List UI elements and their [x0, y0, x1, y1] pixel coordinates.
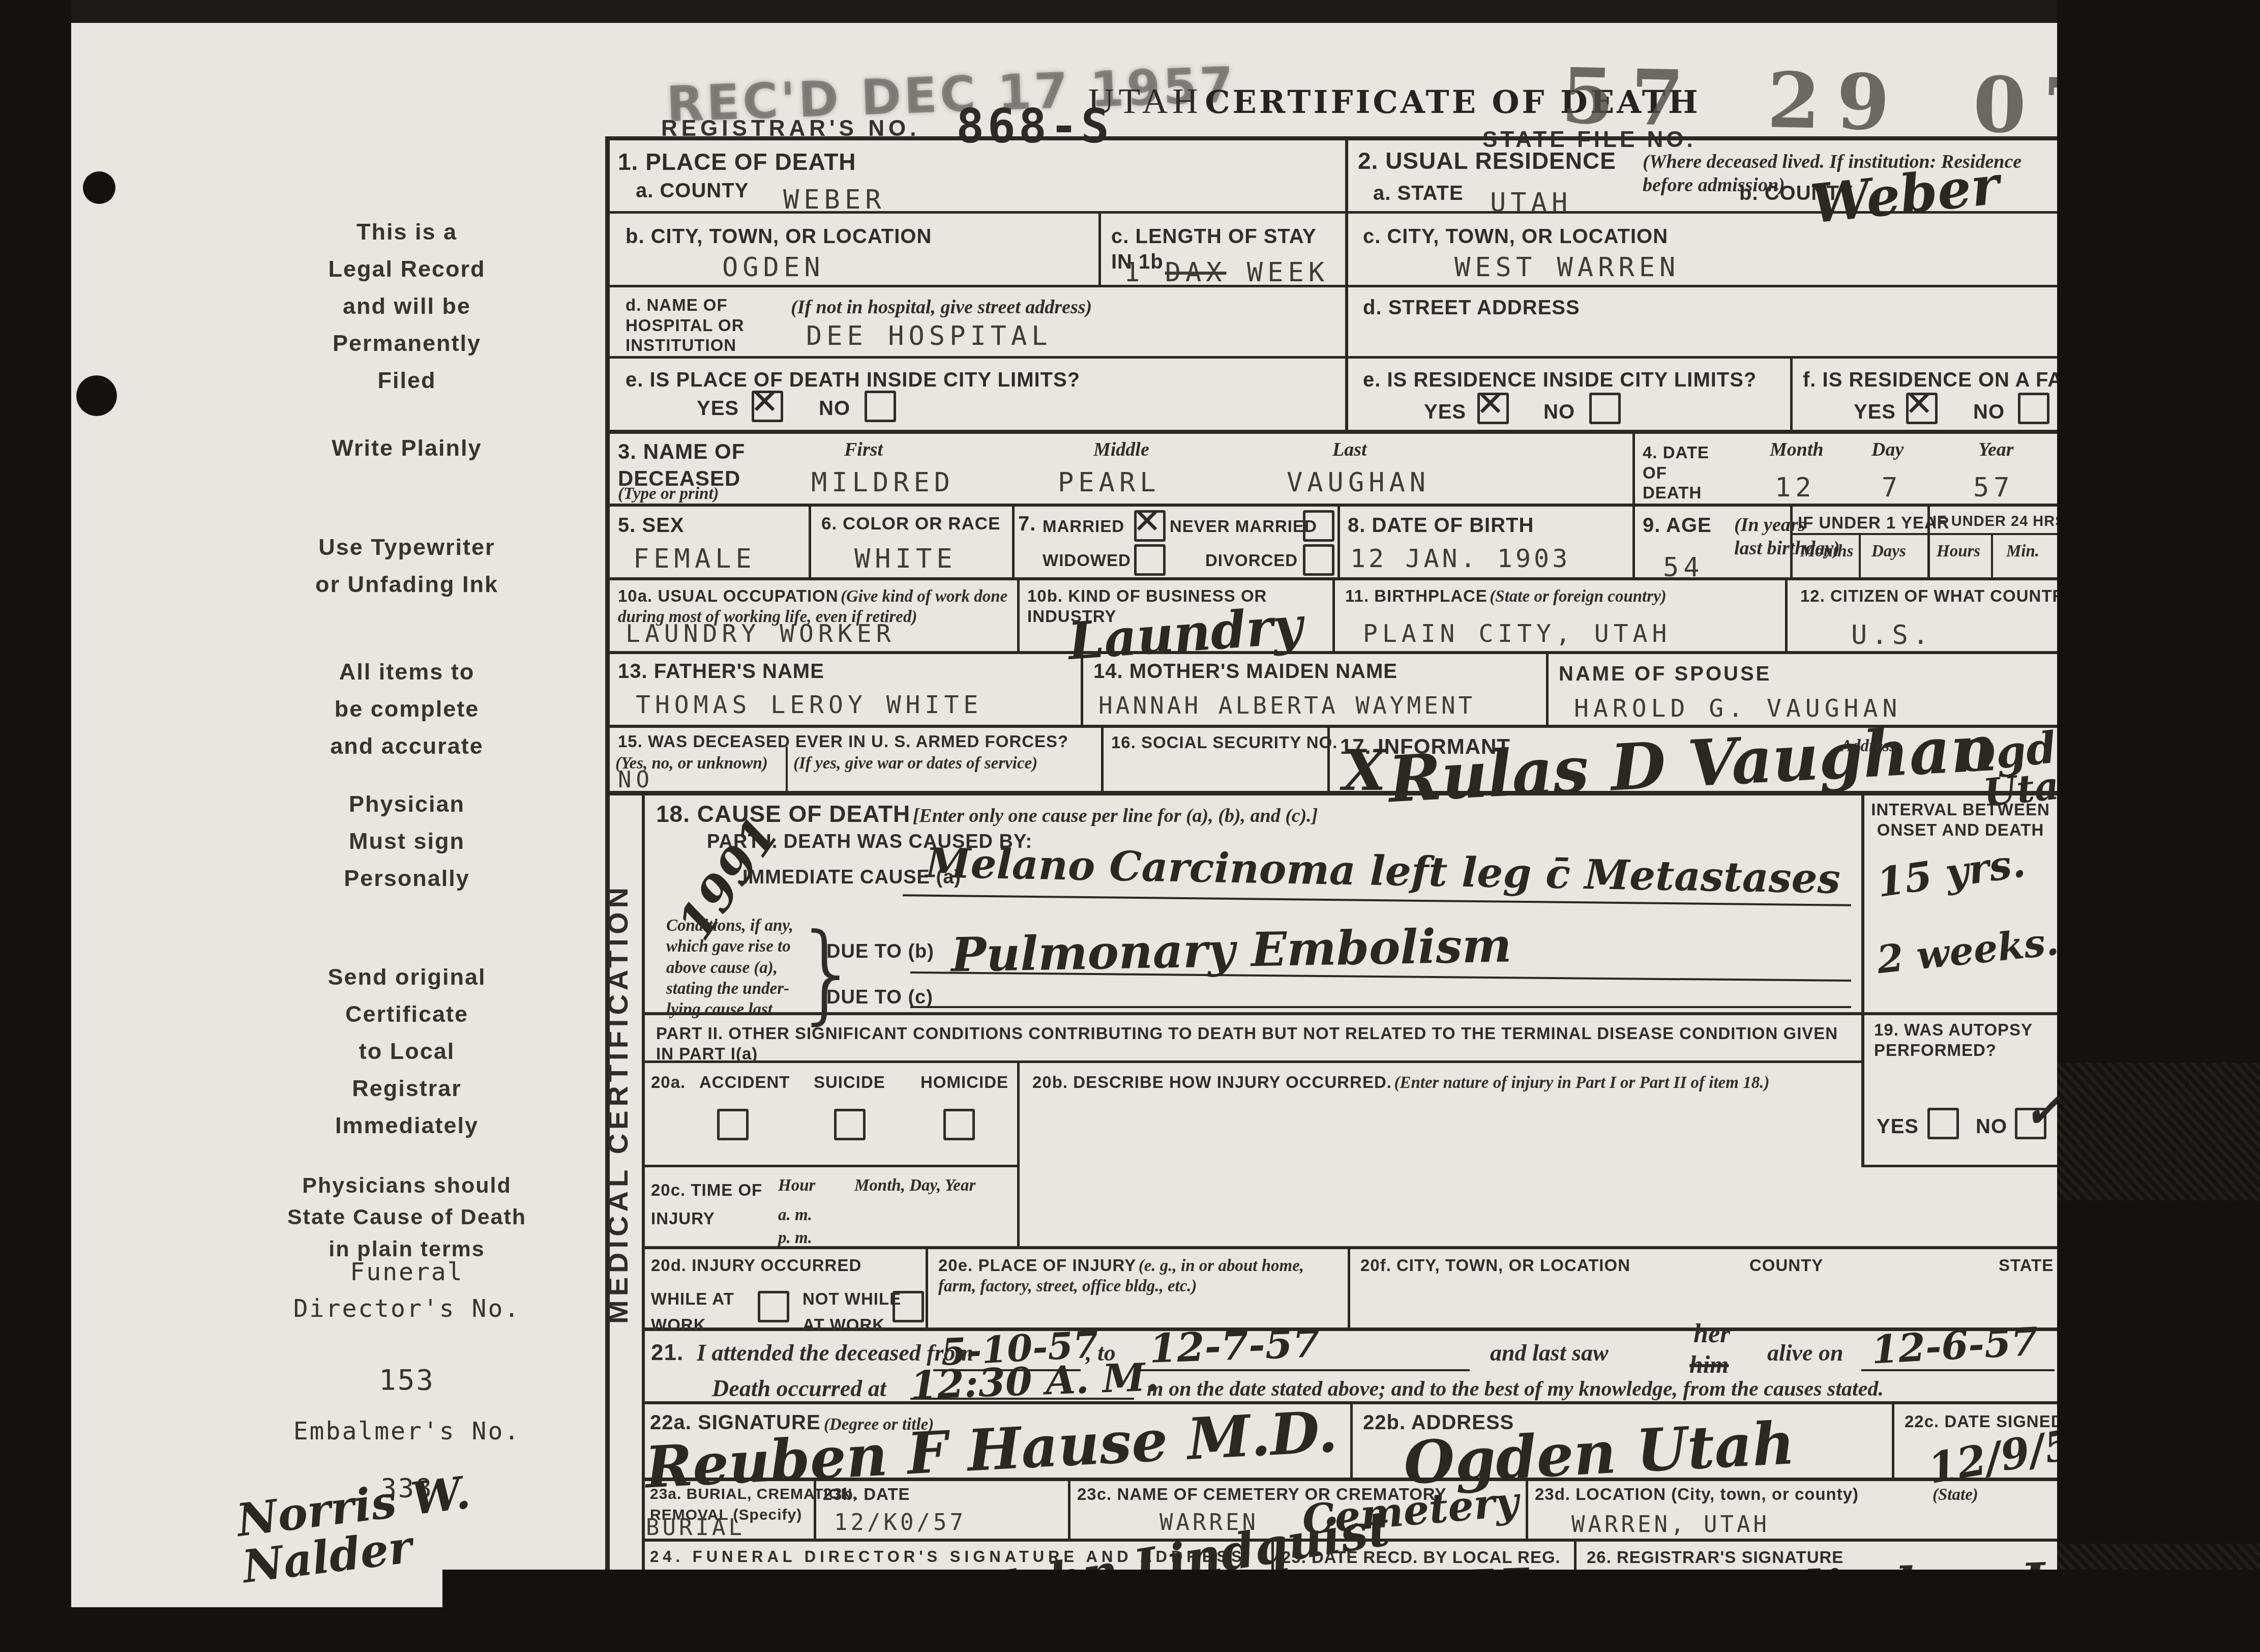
middle-name-header: Middle — [1093, 438, 1149, 462]
industry-value: Laundry — [1066, 600, 1304, 667]
farm-no-label: NO — [1973, 399, 2005, 425]
scan-border-bottom-right — [442, 1570, 2260, 1652]
death-occurred-text-2: m on the date stated above; and to the b… — [1147, 1376, 1884, 1402]
rule — [1861, 1165, 2057, 1167]
burial-date-value: 12/K0/57 — [834, 1510, 966, 1537]
rule — [1632, 430, 1635, 504]
attended-number: 21. — [651, 1339, 683, 1367]
scan-border-left — [0, 0, 71, 1652]
while-at-work-checkbox — [758, 1291, 789, 1322]
death-limits-no-checkbox — [865, 391, 896, 422]
rule — [1350, 1401, 1353, 1478]
not-while-at-work-label: NOT WHILE AT WORK — [802, 1286, 901, 1338]
marital-number: 7. — [1018, 511, 1036, 537]
medical-certification-label: MEDICAL CERTIFICATION — [601, 834, 641, 1373]
x-mark-icon: ✕ — [1133, 505, 1162, 539]
rule — [1101, 725, 1104, 791]
injury-occurred-label: 20d. INJURY OCCURRED — [651, 1255, 861, 1276]
farm-yes-checkbox: ✕ — [1906, 393, 1938, 424]
sex-value: FEMALE — [633, 543, 756, 575]
under-24-hrs-header: IF UNDER 24 HRS. — [1932, 513, 2070, 530]
homicide-label: HOMICIDE — [920, 1072, 1008, 1093]
scan-border-bottom-left — [0, 1607, 442, 1652]
conditions-note: Conditions, if any, which gave rise to a… — [666, 916, 793, 1020]
age-label: 9. AGE — [1643, 513, 1712, 538]
residence-state-label: a. STATE — [1373, 181, 1464, 206]
informant-address-label: Address — [1841, 736, 1896, 757]
punch-hole-top — [83, 171, 115, 204]
widowed-label: WIDOWED — [1043, 550, 1131, 571]
injury-state-label: STATE — [1999, 1255, 2054, 1276]
hours-header: Hours — [1937, 542, 1980, 562]
death-day-value: 7 — [1882, 472, 1902, 504]
scanned-death-certificate: This is a Legal Record and will be Perma… — [0, 0, 2260, 1652]
month-header: Month — [1770, 438, 1824, 462]
death-occurred-text: Death occurred at — [712, 1374, 886, 1402]
note-write-plainly: Write Plainly — [219, 430, 595, 467]
note-legal-record: This is a Legal Record and will be Perma… — [219, 214, 595, 399]
first-name-header: First — [844, 438, 883, 462]
last-name-value: VAUGHAN — [1287, 467, 1430, 498]
rule — [1892, 1401, 1894, 1478]
death-city-limits-label: e. IS PLACE OF DEATH INSIDE CITY LIMITS? — [626, 367, 1080, 393]
cause-of-death-bracket-note: [Enter only one cause per line for (a), … — [913, 805, 1318, 827]
never-married-checkbox — [1303, 510, 1334, 542]
due-to-b-value: Pulmonary Embolism — [950, 922, 1512, 978]
months-header: Months — [1800, 542, 1854, 562]
funeral-director-no-label: Funeral Director's No. — [219, 1254, 595, 1327]
birthplace-value: PLAIN CITY, UTAH — [1363, 619, 1671, 649]
divorced-label: DIVORCED — [1205, 550, 1298, 571]
spouse-name-label: NAME OF SPOUSE — [1559, 661, 1771, 687]
widowed-checkbox — [1134, 544, 1166, 576]
days-header: Days — [1871, 542, 1906, 562]
while-at-work-label: WHILE AT WORK — [651, 1286, 734, 1338]
struck-word: DAX — [1165, 257, 1227, 288]
homicide-checkbox — [943, 1109, 975, 1140]
title-utah: UTAH — [1088, 82, 1203, 121]
note-typewriter: Use Typewriter or Unfading Ink — [219, 529, 595, 603]
accident-section-number: 20a. — [651, 1072, 686, 1093]
burial-date-label: 23b. DATE — [823, 1484, 910, 1504]
married-checkbox: ✕ — [1134, 510, 1166, 542]
autopsy-no-label: NO — [1976, 1114, 2007, 1139]
age-value: 54 — [1663, 552, 1704, 583]
mother-name-value: HANNAH ALBERTA WAYMENT — [1098, 692, 1475, 720]
time-of-injury-label: 20c. TIME OF INJURY — [651, 1176, 762, 1233]
him-struck: him — [1689, 1350, 1729, 1380]
injury-city-label: 20f. CITY, TOWN, OR LOCATION — [1360, 1255, 1630, 1276]
death-year-value: 57 — [1973, 472, 2014, 504]
divorced-checkbox — [1303, 544, 1334, 576]
day-header: Day — [1871, 438, 1904, 462]
embalmer-no-label: Embalmer's No. — [219, 1413, 595, 1450]
scan-texture-strip — [2057, 1063, 2260, 1200]
burial-value: BURIAL — [646, 1515, 745, 1542]
rule — [786, 747, 788, 791]
mother-name-label: 14. MOTHER'S MAIDEN NAME — [1093, 659, 1397, 684]
scan-border-right — [2057, 0, 2260, 1652]
year-header: Year — [1978, 438, 2014, 462]
date-of-birth-value: 12 JAN. 1903 — [1350, 543, 1570, 574]
am-label: a. m. — [778, 1205, 812, 1226]
scan-border-top — [0, 0, 2260, 23]
autopsy-yes-label: YES — [1877, 1114, 1919, 1139]
farm-yes-label: YES — [1854, 399, 1896, 425]
suicide-label: SUICIDE — [814, 1072, 885, 1093]
brace-icon: } — [793, 910, 861, 1035]
type-or-print-note: (Type or print) — [618, 484, 719, 505]
rule — [926, 1246, 928, 1327]
citizen-value: U.S. — [1851, 619, 1933, 651]
rule — [642, 791, 645, 1607]
ssn-label: 16. SOCIAL SECURITY NO. — [1111, 732, 1337, 753]
father-name-value: THOMAS LEROY WHITE — [636, 691, 983, 720]
street-address-label: d. STREET ADDRESS — [1363, 295, 1580, 320]
death-time-value: 12:30 A. M. — [910, 1358, 1159, 1405]
x-mark-icon: ✕ — [750, 385, 779, 420]
married-label: MARRIED — [1043, 516, 1124, 537]
rule — [1785, 577, 1788, 651]
farm-no-checkbox — [2018, 393, 2049, 424]
length-of-stay-value: 1 DAX WEEK — [1124, 257, 1329, 288]
autopsy-no-checkbox: ✓ — [2015, 1108, 2046, 1139]
place-of-death-title: 1. PLACE OF DEATH — [618, 147, 856, 177]
city-of-death-label: b. CITY, TOWN, OR LOCATION — [626, 224, 932, 249]
injury-description-label: 20b. DESCRIBE HOW INJURY OCCURRED. (Ente… — [1032, 1072, 1846, 1094]
attended-to-value: 12-7-57 — [1149, 1323, 1321, 1369]
last-name-header: Last — [1332, 438, 1367, 462]
death-limits-no-label: NO — [819, 396, 850, 421]
birthplace-note: (State or foreign country) — [1490, 587, 1666, 606]
residence-city-label: c. CITY, TOWN, OR LOCATION — [1363, 224, 1668, 249]
informant-x-mark: X — [1343, 743, 1386, 799]
residence-limits-yes-label: YES — [1424, 399, 1466, 425]
x-mark-icon: ✕ — [1476, 387, 1505, 422]
month-day-year-label: Month, Day, Year — [854, 1176, 975, 1196]
under-1-year-header: IF UNDER 1 YEAR — [1798, 513, 1950, 533]
hospital-name-value: DEE HOSPITAL — [806, 320, 1052, 352]
rule — [1790, 356, 1793, 430]
rule — [642, 1165, 1017, 1167]
note-send-original: Send original Certificate to Local Regis… — [219, 959, 595, 1144]
place-of-injury-label: 20e. PLACE OF INJURY (e. g., in or about… — [938, 1255, 1335, 1296]
interval-header: INTERVAL BETWEEN ONSET AND DEATH — [1866, 800, 2055, 840]
rule — [1861, 791, 1864, 1165]
note-complete-accurate: All items to be complete and accurate — [219, 654, 595, 765]
attended-text-3: and last saw — [1490, 1339, 1609, 1367]
rule — [1546, 651, 1549, 725]
rule — [1068, 1478, 1070, 1539]
suicide-checkbox — [834, 1109, 866, 1140]
write-line-c — [910, 1006, 1851, 1008]
last-saw-alive-value: 12-6-57 — [1870, 1322, 2039, 1369]
hour-label: Hour — [778, 1176, 815, 1196]
autopsy-label: 19. WAS AUTOPSY PERFORMED? — [1874, 1020, 2033, 1060]
rule — [605, 504, 2057, 507]
armed-forces-note2: (If yes, give war or dates of service) — [793, 754, 1037, 774]
first-name-value: MILDRED — [811, 467, 955, 498]
death-limits-yes-label: YES — [697, 396, 739, 421]
race-label: 6. COLOR OR RACE — [821, 513, 1000, 535]
pm-label: p. m. — [778, 1228, 812, 1249]
date-of-birth-label: 8. DATE OF BIRTH — [1348, 513, 1534, 538]
accident-label: ACCIDENT — [699, 1072, 790, 1093]
rule — [1337, 504, 1340, 577]
burial-location-label: 23d. LOCATION (City, town, or county) — [1535, 1484, 1859, 1504]
injury-county-label: COUNTY — [1749, 1255, 1823, 1276]
residence-state-value: UTAH — [1490, 187, 1572, 219]
death-limits-yes-checkbox: ✕ — [752, 391, 783, 422]
note-physician-sign: Physician Must sign Personally — [219, 786, 595, 897]
residence-city-value: WEST WARREN — [1454, 252, 1680, 283]
part2-label: PART II. OTHER SIGNIFICANT CONDITIONS CO… — [656, 1023, 1851, 1064]
rule — [605, 356, 2057, 359]
hospital-name-label: d. NAME OF HOSPITAL OR INSTITUTION — [626, 295, 744, 356]
rule — [605, 285, 2057, 287]
rule — [605, 430, 2057, 434]
usual-residence-title: 2. USUAL RESIDENCE — [1358, 146, 1616, 176]
sex-label: 5. SEX — [618, 513, 685, 538]
rule — [809, 504, 811, 577]
accident-checkbox — [717, 1109, 749, 1140]
date-of-death-label: 4. DATE OF DEATH — [1643, 442, 1709, 503]
occupation-value: LAUNDRY WORKER — [626, 619, 896, 649]
residence-limits-no-label: NO — [1543, 399, 1575, 425]
death-month-value: 12 — [1775, 472, 1816, 504]
citizen-label: 12. CITIZEN OF WHAT COUNTRY? — [1800, 586, 2087, 606]
burial-location-state-note: (State) — [1932, 1485, 1978, 1506]
city-of-death-value: OGDEN — [722, 252, 825, 283]
rule — [605, 577, 2057, 580]
due-to-b-label: DUE TO (b) — [826, 940, 934, 964]
residence-limits-yes-checkbox: ✕ — [1477, 393, 1509, 424]
min-header: Min. — [2006, 542, 2039, 562]
birthplace-label: 11. BIRTHPLACE (State or foreign country… — [1345, 586, 1667, 607]
rule — [1991, 533, 1993, 577]
race-value: WHITE — [854, 543, 957, 575]
rule — [1348, 1246, 1350, 1327]
rule — [605, 136, 2057, 140]
rule — [1012, 504, 1015, 577]
x-mark-icon: ✕ — [1905, 387, 1934, 422]
never-married-label: NEVER MARRIED — [1170, 516, 1317, 537]
rule — [1345, 136, 1348, 430]
rule — [1332, 577, 1335, 651]
autopsy-yes-checkbox — [1927, 1108, 1959, 1139]
hospital-name-note: (If not in hospital, give street address… — [791, 296, 1092, 319]
her-overwrite: her — [1693, 1318, 1730, 1350]
injury-description-note: (Enter nature of injury in Part I or Par… — [1394, 1074, 1769, 1092]
armed-forces-value: NO — [618, 767, 654, 794]
armed-forces-label: 15. WAS DECEASED EVER IN U. S. ARMED FOR… — [618, 731, 1068, 752]
not-while-at-work-checkbox — [893, 1291, 924, 1322]
middle-name-value: PEARL — [1058, 467, 1161, 498]
residence-city-limits-label: e. IS RESIDENCE INSIDE CITY LIMITS? — [1363, 367, 1757, 393]
rule — [1632, 504, 1635, 577]
county-value: WEBER — [783, 184, 886, 216]
father-name-label: 13. FATHER'S NAME — [618, 659, 824, 684]
punch-hole-bottom — [76, 375, 117, 416]
rule — [1098, 211, 1101, 285]
rule — [1017, 1060, 1020, 1246]
burial-location-value: WARREN, UTAH — [1571, 1512, 1770, 1539]
attended-text-4: alive on — [1767, 1339, 1843, 1367]
funeral-director-no-value: 153 — [219, 1359, 595, 1402]
county-label: a. COUNTY — [636, 178, 749, 203]
residence-limits-no-checkbox — [1589, 393, 1621, 424]
note-plain-terms: Physicians should State Cause of Death i… — [203, 1170, 610, 1265]
rule — [605, 651, 2057, 654]
